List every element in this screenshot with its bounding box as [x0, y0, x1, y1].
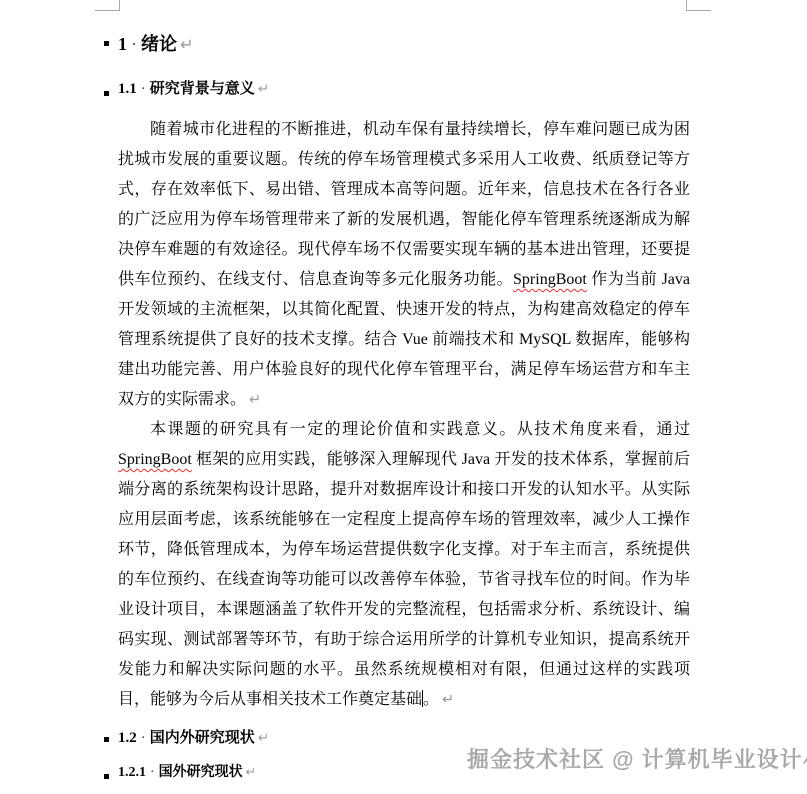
heading-title: 研究背景与意义: [150, 81, 255, 97]
text-run: 随着城市化进程的不断推进，机动车保有量持续增长，停车难问题已成为困扰城市发展的重…: [118, 121, 690, 288]
space-format-mark-icon: ·: [141, 730, 146, 746]
heading-number: 1.1: [118, 81, 137, 97]
heading-1-1-section[interactable]: 1.1·研究背景与意义↵: [118, 79, 269, 99]
heading-style-bullet-icon: [104, 91, 109, 96]
page-boundary-corner-topleft-icon: [95, 0, 120, 11]
text-run: 。: [423, 691, 439, 708]
heading-number: 1: [118, 34, 127, 54]
paragraph-mark-icon: ↵: [258, 81, 269, 97]
paragraph-mark-icon: ↵: [180, 35, 194, 54]
paragraph-mark-icon: ↵: [249, 392, 261, 408]
paragraph-mark-icon: ↵: [442, 692, 454, 708]
heading-number: 1.2: [118, 730, 137, 746]
paragraph-mark-icon: ↵: [258, 730, 269, 746]
body-paragraphs[interactable]: 随着城市化进程的不断推进，机动车保有量持续增长，停车难问题已成为困扰城市发展的重…: [118, 115, 690, 715]
space-format-mark-icon: ·: [141, 81, 146, 97]
page-boundary-corner-topright-icon: [686, 0, 711, 11]
paragraph[interactable]: 随着城市化进程的不断推进，机动车保有量持续增长，停车难问题已成为困扰城市发展的重…: [118, 115, 690, 415]
space-format-mark-icon: ·: [131, 34, 137, 54]
heading-style-bullet-icon: [104, 774, 109, 779]
spellcheck-flagged-word: SpringBoot: [118, 451, 192, 468]
text-run: 本课题的研究具有一定的理论价值和实践意义。从技术角度来看，通过: [150, 421, 690, 438]
heading-style-bullet-icon: [104, 737, 109, 742]
heading-title: 绪论: [141, 34, 177, 54]
paragraph[interactable]: 本课题的研究具有一定的理论价值和实践意义。从技术角度来看，通过SpringBoo…: [118, 415, 690, 715]
text-run: 作为当前 Java 开发领域的主流框架，以其简化配置、快速开发的特点，为构建高效…: [118, 271, 690, 408]
heading-style-bullet-icon: [104, 41, 109, 46]
heading-1-2-section[interactable]: 1.2·国内外研究现状↵: [118, 728, 269, 748]
paragraph-mark-icon: ↵: [246, 764, 257, 779]
heading-1-2-1-subsection[interactable]: 1.2.1·国外研究现状↵: [118, 762, 256, 783]
spellcheck-flagged-word: SpringBoot: [513, 271, 587, 288]
heading-title: 国内外研究现状: [150, 730, 255, 746]
word-document-page: { "document": { "headings": [ {"number":…: [0, 0, 807, 794]
space-format-mark-icon: ·: [150, 765, 155, 780]
watermark-text: 掘金技术社区 @ 计算机毕业设计小途: [467, 745, 807, 775]
text-run: 框架的应用实践，能够深入理解现代 Java 开发的技术体系，掌握前后端分离的系统…: [118, 451, 690, 708]
heading-title: 国外研究现状: [159, 765, 243, 780]
heading-number: 1.2.1: [118, 765, 146, 780]
heading-1-chapter[interactable]: 1·绪论↵: [118, 32, 194, 57]
